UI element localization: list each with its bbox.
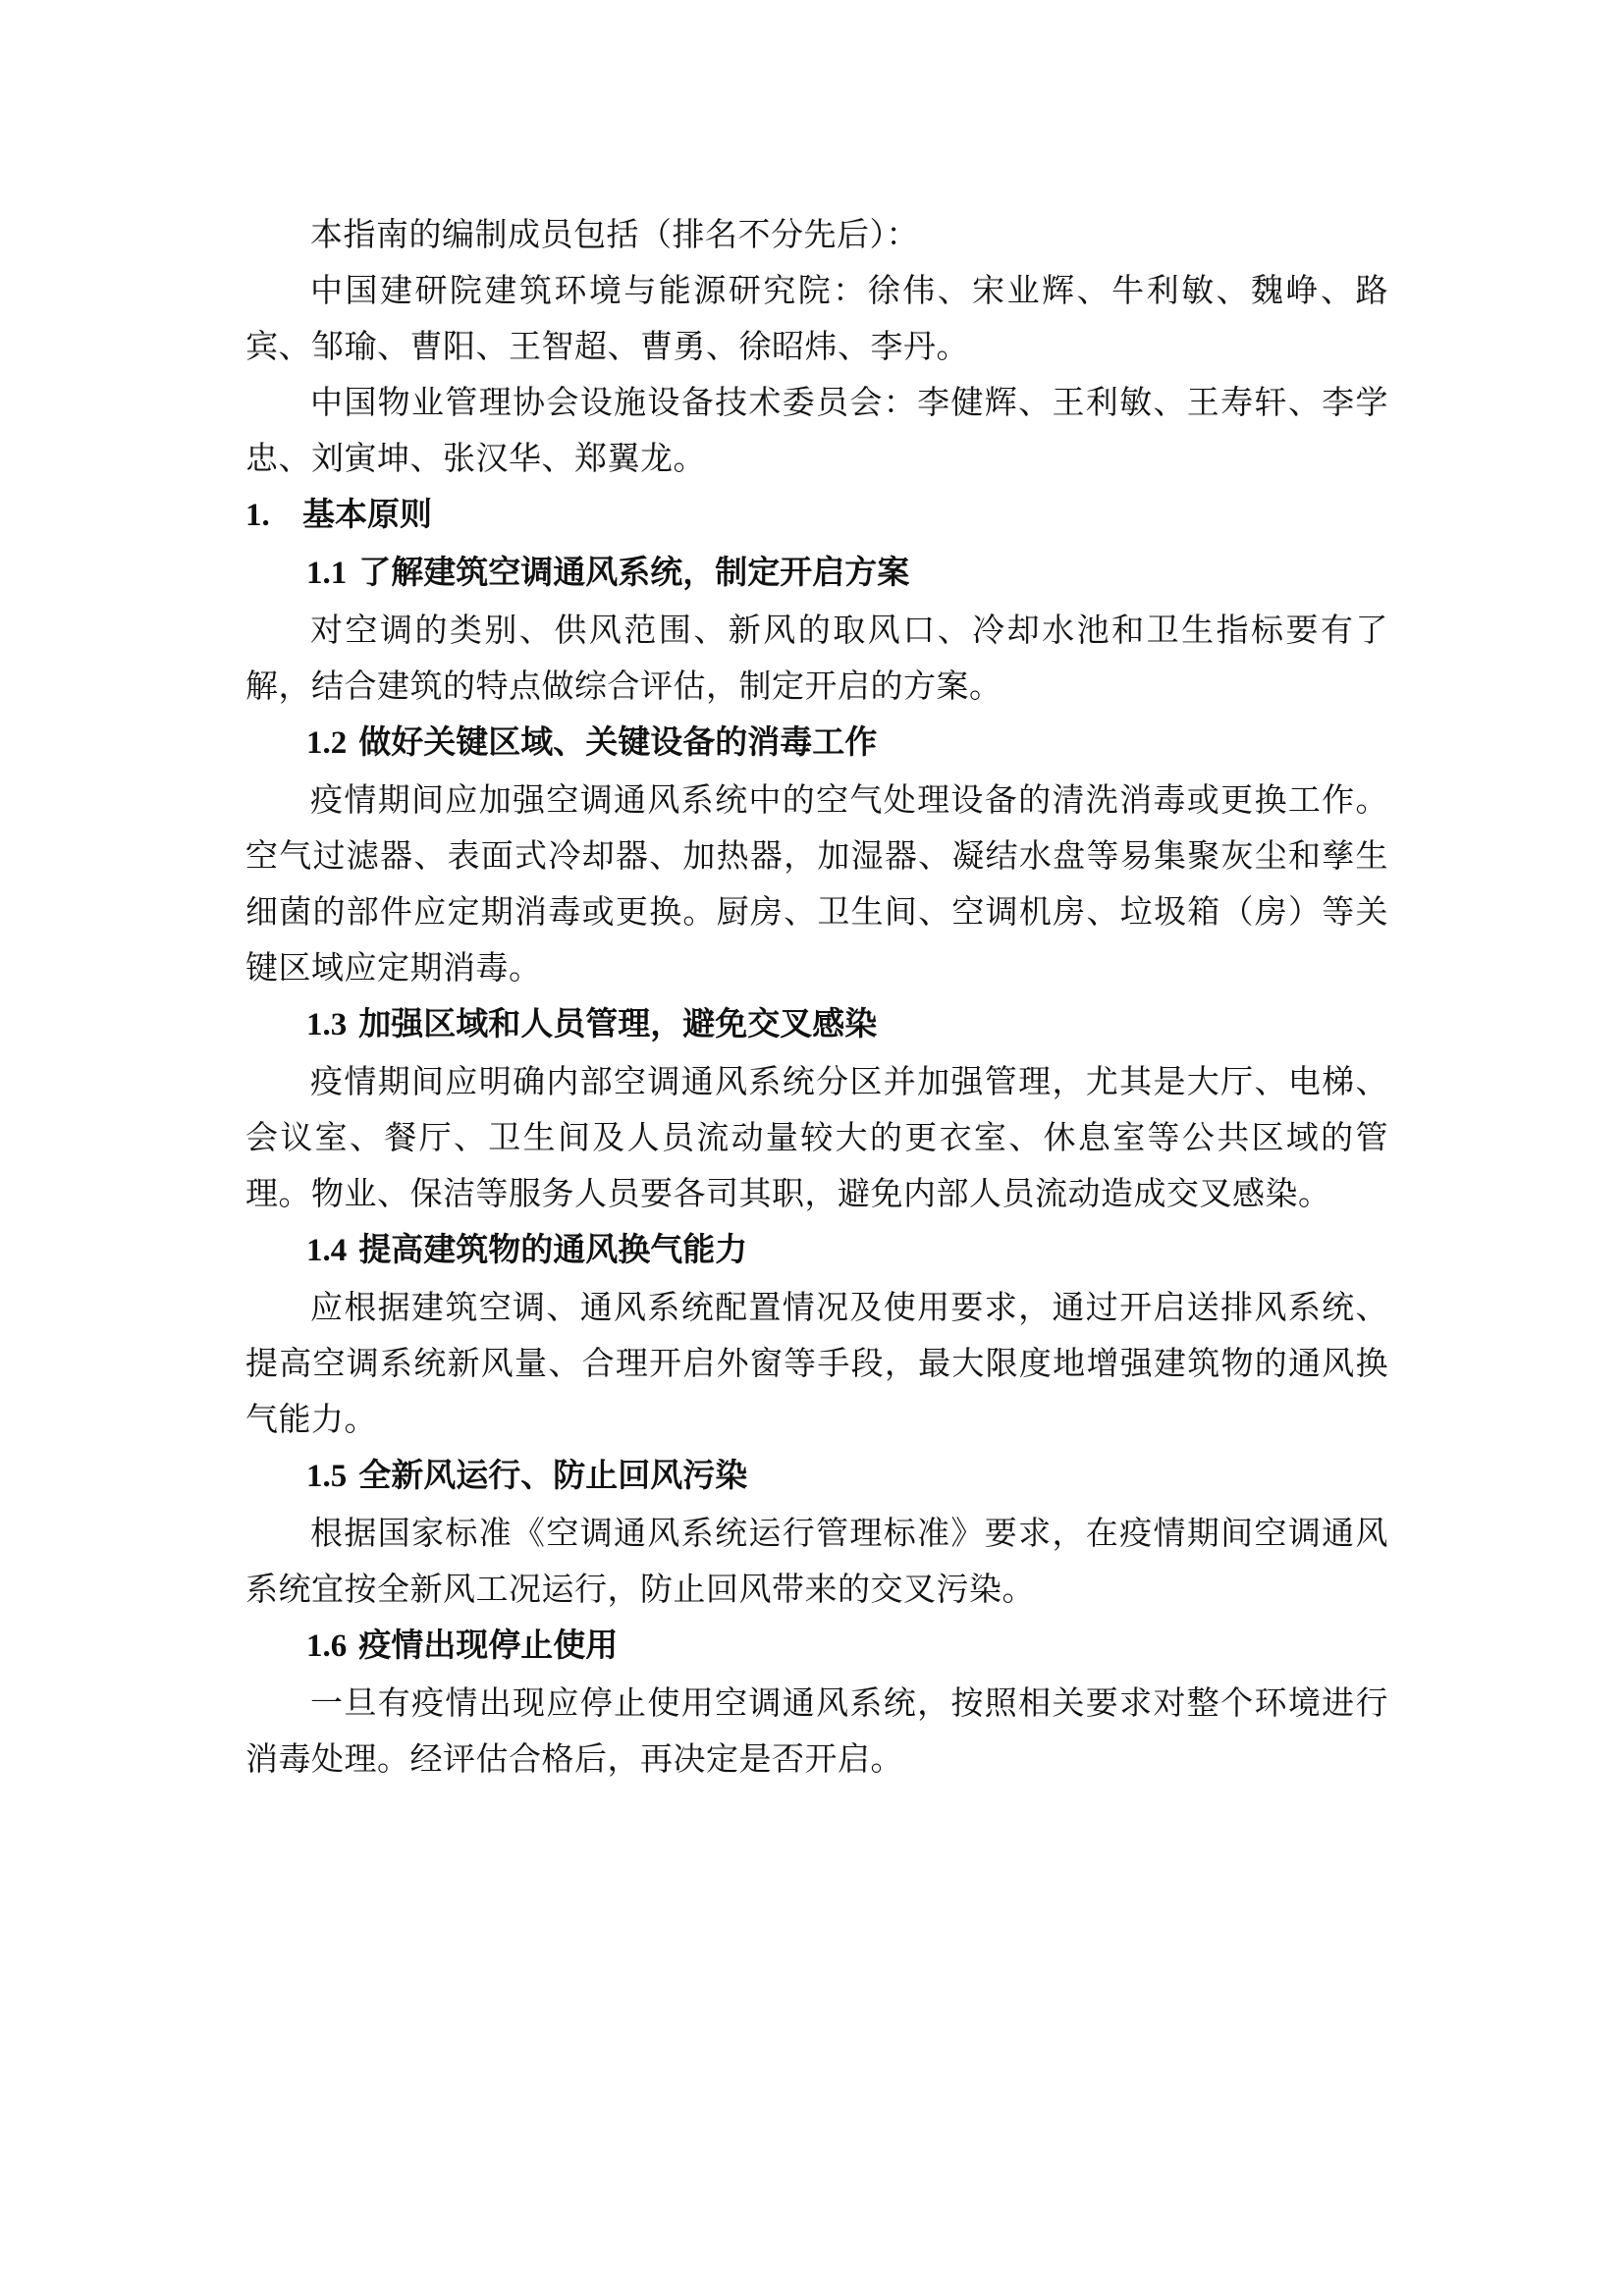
subsection-title: 了解建筑空调通风系统，制定开启方案	[358, 553, 909, 591]
subsection-number: 1.2	[306, 725, 347, 761]
document-page: 本指南的编制成员包括（排名不分先后）： 中国建研院建筑环境与能源研究院：徐伟、宋…	[245, 206, 1388, 1787]
subsection-title: 做好关键区域、关键设备的消毒工作	[358, 722, 877, 761]
subsection-heading-1-5: 1.5全新风运行、防止回风污染	[245, 1447, 1388, 1505]
subsection-heading-1-3: 1.3加强区域和人员管理，避免交叉感染	[245, 995, 1388, 1053]
subsection-heading-1-2: 1.2做好关键区域、关键设备的消毒工作	[245, 714, 1388, 772]
subsection-title: 提高建筑物的通风换气能力	[358, 1230, 747, 1268]
subsection-heading-1-6: 1.6疫情出现停止使用	[245, 1617, 1388, 1675]
subsection-number: 1.5	[306, 1459, 347, 1494]
subsection-title: 疫情出现停止使用	[358, 1626, 618, 1664]
subsection-body-1-5: 根据国家标准《空调通风系统运行管理标准》要求，在疫情期间空调通风系统宜按全新风工…	[245, 1505, 1388, 1617]
contributors-paragraph-2: 中国物业管理协会设施设备技术委员会：李健辉、王利敏、王寿轩、李学忠、刘寅坤、张汉…	[245, 374, 1388, 486]
subsection-body-1-4: 应根据建筑空调、通风系统配置情况及使用要求，通过开启送排风系统、提高空调系统新风…	[245, 1279, 1388, 1447]
section-heading: 1.基本原则	[245, 486, 1388, 544]
subsection-number: 1.1	[306, 556, 347, 591]
subsection-heading-1-1: 1.1了解建筑空调通风系统，制定开启方案	[245, 544, 1388, 602]
subsection-body-1-2: 疫情期间应加强空调通风系统中的空气处理设备的清洗消毒或更换工作。空气过滤器、表面…	[245, 772, 1388, 995]
subsection-body-1-1: 对空调的类别、供风范围、新风的取风口、冷却水池和卫生指标要有了解，结合建筑的特点…	[245, 602, 1388, 714]
subsection-number: 1.4	[306, 1233, 347, 1268]
contributors-paragraph-1: 中国建研院建筑环境与能源研究院：徐伟、宋业辉、牛利敏、魏峥、路宾、邹瑜、曹阳、王…	[245, 262, 1388, 374]
subsection-number: 1.6	[306, 1629, 347, 1664]
subsection-title: 加强区域和人员管理，避免交叉感染	[358, 1004, 877, 1042]
subsection-body-1-6: 一旦有疫情出现应停止使用空调通风系统，按照相关要求对整个环境进行消毒处理。经评估…	[245, 1675, 1388, 1787]
subsection-body-1-3: 疫情期间应明确内部空调通风系统分区并加强管理，尤其是大厅、电梯、会议室、餐厅、卫…	[245, 1053, 1388, 1221]
subsection-title: 全新风运行、防止回风污染	[358, 1456, 747, 1494]
section-number: 1.	[245, 488, 302, 544]
section-title: 基本原则	[302, 495, 432, 533]
intro-paragraph: 本指南的编制成员包括（排名不分先后）：	[245, 206, 1388, 262]
subsection-heading-1-4: 1.4提高建筑物的通风换气能力	[245, 1221, 1388, 1279]
subsection-number: 1.3	[306, 1007, 347, 1042]
